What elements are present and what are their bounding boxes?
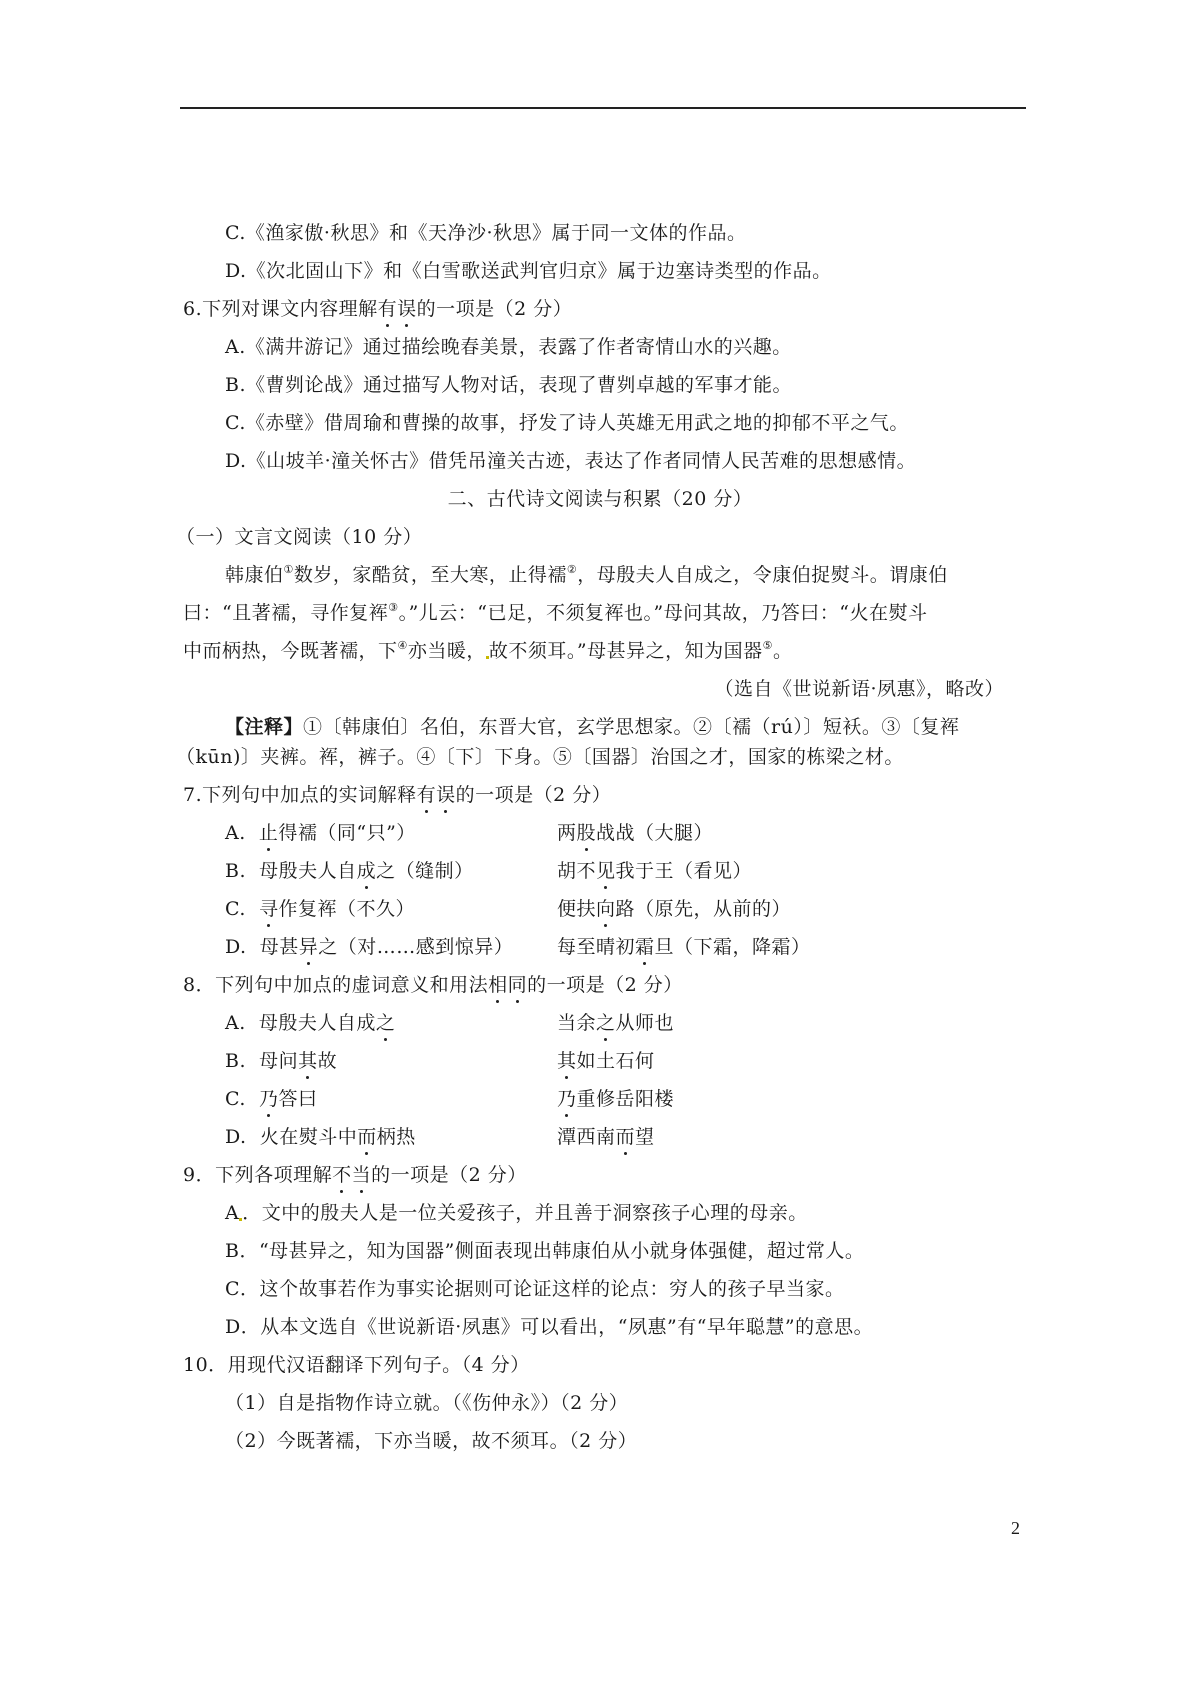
text: 母殷夫人自: [259, 860, 357, 882]
footnote-marker: ①: [284, 563, 294, 576]
emphasis-char: 异: [299, 935, 319, 959]
q6-stem-text: 6.下列对课文内容理解: [183, 298, 378, 320]
text: 之（对……感到惊异）: [318, 936, 513, 958]
subsection-title: （一）文言文阅读（10 分）: [176, 525, 422, 549]
q9-option-a: A．文中的殷夫人是一位关爱孩子，并且善于洞察孩子心理的母亲。: [225, 1201, 808, 1225]
text: 如土石何: [577, 1050, 655, 1072]
notes-line-2: （kūn)〕夹裤。裈，裤子。④〔下〕下身。⑤〔国器〕治国之才，国家的栋梁之材。: [176, 745, 904, 769]
text: 作复裈（不久）: [279, 898, 416, 920]
option-label: C.: [225, 898, 246, 920]
text: 柄热: [377, 1126, 416, 1148]
q5-option-c: C.《渔家傲·秋思》和《天净沙·秋思》属于同一文体的作品。: [225, 221, 746, 245]
q6-option-c: C.《赤壁》借周瑜和曹操的故事，抒发了诗人英雄无用武之地的抑郁不平之气。: [225, 411, 909, 435]
text: 两: [557, 822, 577, 844]
q7-row-d-right: 每至晴初霜旦（下霜，降霜）: [557, 935, 811, 959]
text: 每至晴初: [557, 936, 635, 958]
text: 故: [318, 1050, 338, 1072]
passage-text: ，母殷夫人自成之，令康伯捉熨斗。谓康伯: [577, 564, 948, 586]
text: 潭西南: [557, 1126, 616, 1148]
q7-row-d: D. 母甚异之（对……感到惊异）: [225, 935, 513, 959]
emphasis-char: 当: [352, 1163, 372, 1187]
passage-text: 故不须耳。”母甚异之，知为国器: [489, 640, 763, 662]
q9-option-c: C．这个故事若作为事实论据则可论证这样的论点：穷人的孩子早当家。: [225, 1277, 845, 1301]
option-label: A.: [225, 1012, 246, 1034]
notes-line-1: 【注释】①〔韩康伯〕名伯，东晋大官，玄学思想家。②〔襦（rú）〕短袄。③〔复裈: [225, 715, 959, 739]
q7-row-b-right: 胡不见我于王（看见）: [557, 859, 752, 883]
footnote-marker: ④: [398, 639, 408, 652]
q8-row-d-right: 潭西南而望: [557, 1125, 655, 1149]
q7-stem-text: 7.下列句中加点的实词解释: [183, 784, 417, 806]
emphasis-char: 同: [508, 973, 528, 997]
text: 从师也: [616, 1012, 675, 1034]
notes-label: 【注释】: [225, 716, 303, 738]
passage-text: 韩康伯: [225, 564, 284, 586]
emphasis-char: 乃: [557, 1087, 577, 1111]
emphasis-char: 有: [378, 297, 398, 321]
emphasis-char: 向: [596, 897, 616, 921]
emphasis-char: 相: [488, 973, 508, 997]
q10-sentence-1: （1）自是指物作诗立就。（《伤仲永》）（2 分）: [225, 1391, 628, 1415]
option-label: A: [225, 1202, 239, 1224]
option-label: B.: [225, 860, 246, 882]
q9-stem: 9．下列各项理解不当的一项是（2 分）: [183, 1163, 527, 1187]
q8-row-b: B. 母问其故: [225, 1049, 337, 1073]
passage-text: 中而柄热，今既著襦，下: [183, 640, 398, 662]
footnote-marker: ③: [388, 601, 398, 614]
text: 旦（下霜，降霜）: [655, 936, 811, 958]
header-rule: [180, 107, 1026, 109]
text: 之（缝制）: [376, 860, 474, 882]
q7-row-b: B. 母殷夫人自成之（缝制）: [225, 859, 474, 883]
q8-stem-text: 8．下列句中加点的虚词意义和用法: [183, 974, 488, 996]
emphasis-char: 其: [298, 1049, 318, 1073]
option-label: D.: [225, 936, 247, 958]
q6-stem-score: 的一项是（2 分）: [417, 298, 573, 320]
passage-text: 曰：“且著襦，寻作复裈: [183, 602, 388, 624]
q6-option-a: A.《满井游记》通过描绘晚春美景，表露了作者寄情山水的兴趣。: [225, 335, 792, 359]
q8-stem-score: 的一项是（2 分）: [527, 974, 683, 996]
q5-option-d: D.《次北固山下》和《白雪歌送武判官归京》属于边塞诗类型的作品。: [225, 259, 832, 283]
q6-option-b: B.《曹刿论战》通过描写人物对话，表现了曹刿卓越的军事才能。: [225, 373, 792, 397]
emphasis-char: 股: [577, 821, 597, 845]
emphasis-char: 误: [397, 297, 417, 321]
passage-source: （选自《世说新语·夙惠》，略改）: [714, 677, 1004, 701]
q9-option-d: D．从本文选自《世说新语·夙惠》可以看出，“夙惠”有“早年聪慧”的意思。: [225, 1315, 873, 1339]
footnote-marker: ②: [567, 563, 577, 576]
emphasis-char: 见: [596, 859, 616, 883]
option-text: ．文中的殷夫人是一位关爱孩子，并且善于洞察孩子心理的母亲。: [242, 1202, 808, 1224]
text: 便扶: [557, 898, 596, 920]
emphasis-char: 止: [259, 821, 279, 845]
text: 当余: [557, 1012, 596, 1034]
passage-text: 。”儿云：“已足，不须复裈也。”母问其故，乃答曰：“火在熨斗: [399, 602, 928, 624]
text: 答曰: [279, 1088, 318, 1110]
q9-stem-score: 的一项是（2 分）: [371, 1164, 527, 1186]
emphasis-char: 霜: [635, 935, 655, 959]
q10-sentence-2: （2）今既著襦，下亦当暖，故不须耳。（2 分）: [225, 1429, 637, 1453]
q8-stem: 8．下列句中加点的虚词意义和用法相同的一项是（2 分）: [183, 973, 683, 997]
emphasis-char: 其: [557, 1049, 577, 1073]
text: 路（原先，从前的）: [616, 898, 792, 920]
emphasis-char: 乃: [259, 1087, 279, 1111]
emphasis-char: 有: [417, 783, 437, 807]
q8-row-c: C. 乃答曰: [225, 1087, 318, 1111]
emphasis-char: 不: [332, 1163, 352, 1187]
passage-text: 亦当暖，: [408, 640, 486, 662]
q7-stem: 7.下列句中加点的实词解释有误的一项是（2 分）: [183, 783, 611, 807]
passage-text: 。: [773, 640, 793, 662]
q9-stem-text: 9．下列各项理解: [183, 1164, 332, 1186]
option-label: C.: [225, 1088, 246, 1110]
option-label: B.: [225, 1050, 246, 1072]
text: 火在熨斗中: [260, 1126, 358, 1148]
q8-row-a-right: 当余之从师也: [557, 1011, 674, 1035]
emphasis-char: 而: [357, 1125, 377, 1149]
text: 望: [635, 1126, 655, 1148]
q6-option-d: D.《山坡羊·潼关怀古》借凭吊潼关古迹，表达了作者同情人民苦难的思想感情。: [225, 449, 916, 473]
page-number: 2: [1011, 1518, 1020, 1539]
emphasis-char: 误: [436, 783, 456, 807]
q8-row-c-right: 乃重修岳阳楼: [557, 1087, 674, 1111]
text: 我于王（看见）: [616, 860, 753, 882]
passage-line-1: 韩康伯①数岁，家酷贫，至大寒，止得襦②，母殷夫人自成之，令康伯捉熨斗。谓康伯: [225, 563, 948, 587]
passage-text: 数岁，家酷贫，至大寒，止得襦: [294, 564, 567, 586]
option-label: A.: [225, 822, 246, 844]
emphasis-char: 之: [596, 1011, 616, 1035]
q8-row-a: A. 母殷夫人自成之: [225, 1011, 395, 1035]
emphasis-char: 之: [376, 1011, 396, 1035]
q7-stem-score: 的一项是（2 分）: [456, 784, 612, 806]
text: 得襦（同“只”）: [278, 822, 415, 844]
passage-line-3: 中而柄热，今既著襦，下④亦当暖，故不须耳。”母甚异之，知为国器⑤。: [183, 639, 793, 663]
q9-option-b: B．“母甚异之，知为国器”侧面表现出韩康伯从小就身体强健，超过常人。: [225, 1239, 864, 1263]
emphasis-char: 而: [616, 1125, 636, 1149]
text: 母殷夫人自成: [259, 1012, 376, 1034]
footnote-marker: ⑤: [763, 639, 773, 652]
option-label: D.: [225, 1126, 247, 1148]
text: 母甚: [260, 936, 299, 958]
text: 胡不: [557, 860, 596, 882]
notes-text: ①〔韩康伯〕名伯，东晋大官，玄学思想家。②〔襦（rú）〕短袄。③〔复裈: [303, 716, 959, 738]
emphasis-char: 寻: [259, 897, 279, 921]
emphasis-char: 成: [357, 859, 377, 883]
text: 重修岳阳楼: [577, 1088, 675, 1110]
text: 战战（大腿）: [596, 822, 713, 844]
q7-row-a: A. 止得襦（同“只”）: [225, 821, 416, 845]
section-title: 二、古代诗文阅读与积累（20 分）: [0, 487, 1200, 511]
q7-row-c-right: 便扶向路（原先，从前的）: [557, 897, 791, 921]
q10-stem: 10．用现代汉语翻译下列句子。（4 分）: [183, 1353, 530, 1377]
q6-stem: 6.下列对课文内容理解有误的一项是（2 分）: [183, 297, 572, 321]
q7-row-a-right: 两股战战（大腿）: [557, 821, 713, 845]
q7-row-c: C. 寻作复裈（不久）: [225, 897, 415, 921]
passage-line-2: 曰：“且著襦，寻作复裈③。”儿云：“已足，不须复裈也。”母问其故，乃答曰：“火在…: [183, 601, 927, 625]
text: 母问: [259, 1050, 298, 1072]
q8-row-d: D. 火在熨斗中而柄热: [225, 1125, 416, 1149]
q8-row-b-right: 其如土石何: [557, 1049, 655, 1073]
